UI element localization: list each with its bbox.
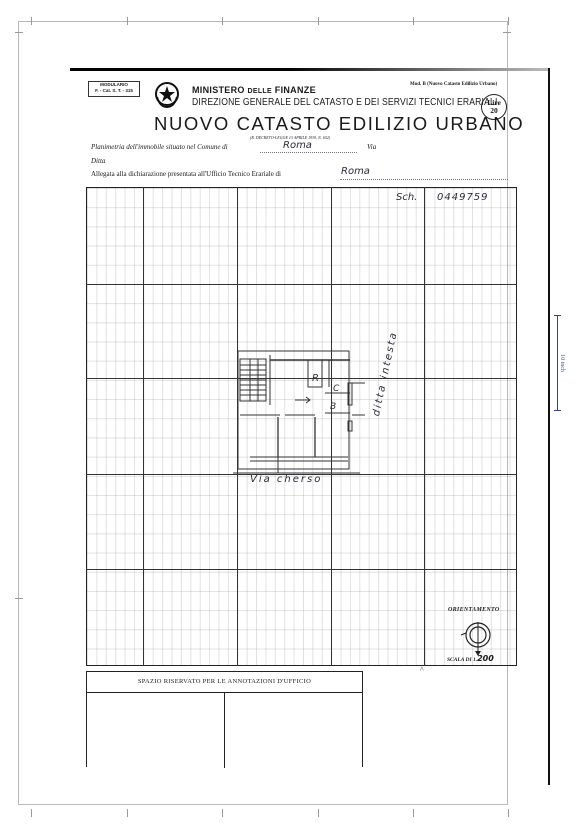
scheda-label: Sch. <box>396 192 417 203</box>
scale-label: SCALA DI 1. <box>447 657 477 663</box>
crop-tick <box>413 809 414 817</box>
allegata-label: Allegata alla dichiarazione presentata a… <box>91 170 281 178</box>
ufficio-field-line <box>340 179 508 180</box>
modulario-box: MODULARIO F. - Cat. S. T. - 315 <box>88 81 140 97</box>
page-ruler-label: 10 inch <box>559 354 565 372</box>
comune-field-line <box>260 152 357 153</box>
crop-tick <box>508 809 509 817</box>
crop-tick <box>222 809 223 817</box>
crop-tick <box>127 809 128 817</box>
planimetria-label: Planimetria dell'immobile situato nel Co… <box>91 143 228 151</box>
annotations-header: SPAZIO RISERVATO PER LE ANNOTAZIONI D'UF… <box>87 672 362 693</box>
ministry-word: MINISTERO <box>192 85 245 95</box>
header-rule <box>70 68 548 71</box>
room-label-b: B <box>330 402 336 412</box>
ufficio-value: Roma <box>341 166 370 177</box>
orientation-label: ORIENTAMENTO <box>448 607 500 613</box>
grid-major-line <box>86 284 517 285</box>
scale-indicator: SCALA DI 1.200 <box>447 654 494 663</box>
ministry-word: FINANZE <box>275 85 316 95</box>
model-label: Mod. B (Nuovo Catasto Edilizio Urbano) <box>410 82 497 87</box>
office-annotations-box: SPAZIO RISERVATO PER LE ANNOTAZIONI D'UF… <box>86 671 363 767</box>
page-ruler <box>557 315 558 411</box>
grid-major-line <box>86 569 517 570</box>
scan-edge <box>548 68 550 785</box>
scheda-number: 0449759 <box>437 192 489 203</box>
crop-tick <box>318 809 319 817</box>
republic-emblem-icon <box>154 81 180 109</box>
annotations-divider <box>224 692 225 768</box>
via-label: Via <box>367 143 376 151</box>
crop-tick <box>31 809 32 817</box>
direction-title: DIREZIONE GENERALE DEL CATASTO E DEI SER… <box>192 96 498 108</box>
scale-value: 200 <box>477 654 494 663</box>
street-label: Via cherso <box>250 474 322 485</box>
crop-tick <box>31 17 32 25</box>
crop-tick <box>503 32 511 33</box>
crop-tick <box>15 32 23 33</box>
crop-tick <box>222 17 223 25</box>
grid-major-line <box>143 187 144 666</box>
caret-mark: ^ <box>420 665 424 674</box>
document-title: NUOVO CATASTO EDILIZIO URBANO <box>154 113 524 135</box>
room-label-r: R <box>312 373 319 384</box>
crop-tick <box>15 598 23 599</box>
comune-value: Roma <box>283 140 312 151</box>
modulario-code: F. - Cat. S. T. - 315 <box>89 88 139 94</box>
ministry-word: DELLE <box>248 88 272 95</box>
room-label-c: C <box>333 384 340 394</box>
crop-tick <box>508 17 509 25</box>
crop-tick <box>318 17 319 25</box>
floor-plan-drawing: R C B <box>230 345 365 480</box>
ministry-name: MINISTERO DELLE FINANZE <box>192 85 316 95</box>
north-compass-icon <box>458 618 498 658</box>
grid-major-line <box>424 187 425 666</box>
ditta-label: Ditta <box>91 157 105 165</box>
crop-tick <box>127 17 128 25</box>
crop-tick <box>413 17 414 25</box>
